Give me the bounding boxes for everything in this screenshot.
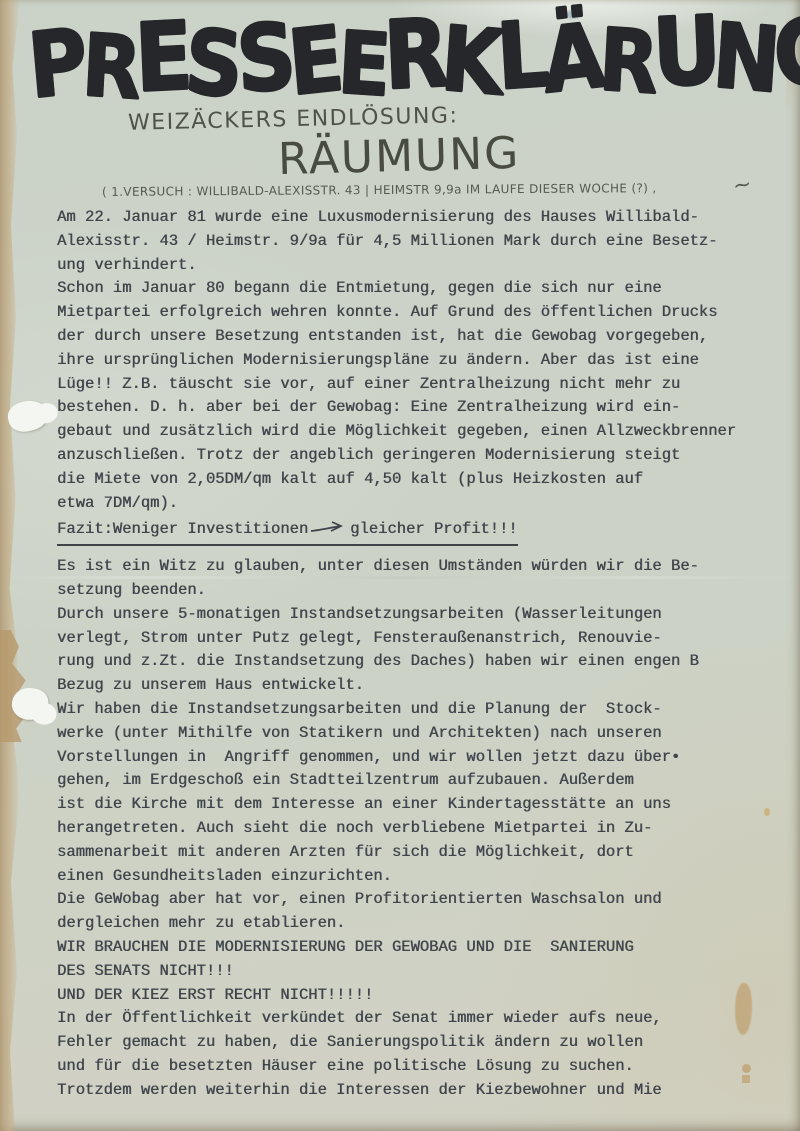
paper-left-edge <box>0 0 20 1131</box>
press-release-page: PRESSEERKLÄRUNG WEIZÄCKERS ENDLÖSUNG: RÄ… <box>0 0 800 1131</box>
text-line: etwa 7DM/qm). <box>57 492 787 516</box>
handwritten-keyword: RÄUMUNG <box>277 128 521 185</box>
text-line: dergleichen mehr zu etablieren. <box>57 912 787 936</box>
tilde-mark: ~ <box>731 172 753 200</box>
paragraph-2: Es ist ein Witz zu glauben, unter diesen… <box>57 555 787 1102</box>
text-line: Mietpartei erfolgreich wehren konnte. Au… <box>57 301 787 325</box>
text-line: verlegt, Strom unter Putz gelegt, Fenste… <box>57 627 787 651</box>
text-line: UND DER KIEZ ERST RECHT NICHT!!!!! <box>57 984 787 1008</box>
text-line: ist die Kirche mit dem Interesse an eine… <box>57 793 787 817</box>
arrow-icon <box>310 519 348 543</box>
text-line: Am 22. Januar 81 wurde eine Luxusmoderni… <box>57 206 787 230</box>
text-line: Vorstellungen in Angriff genommen, und w… <box>57 746 787 770</box>
text-line: Alexisstr. 43 / Heimstr. 9/9a für 4,5 Mi… <box>57 230 787 254</box>
text-line: Durch unsere 5-monatigen Instandsetzungs… <box>57 603 787 627</box>
text-line: die Miete von 2,05DM/qm kalt auf 4,50 ka… <box>57 468 787 492</box>
paragraph-1: Am 22. Januar 81 wurde eine Luxusmoderni… <box>57 206 787 515</box>
text-line: WIR BRAUCHEN DIE MODERNISIERUNG DER GEWO… <box>57 936 787 960</box>
text-line: In der Öffentlichkeit verkündet der Sena… <box>57 1007 787 1031</box>
text-line: gehen, im Erdgeschoß ein Stadtteilzentru… <box>57 769 787 793</box>
text-line: einen Gesundheitsladen einzurichten. <box>57 865 787 889</box>
text-line: ihre ursprünglichen Modernisierungspläne… <box>57 349 787 373</box>
text-line: Fehler gemacht zu haben, die Sanierungsp… <box>57 1031 787 1055</box>
text-line: ung verhindert. <box>57 254 787 278</box>
torn-edge <box>0 630 27 742</box>
text-line: Wir haben die Instandsetzungsarbeiten un… <box>57 698 787 722</box>
text-line: der durch unsere Besetzung entstanden is… <box>57 325 787 349</box>
text-line: DES SENATS NICHT!!! <box>57 960 787 984</box>
text-line: gebaut und zusätzlich wird die Möglichke… <box>57 420 787 444</box>
text-line: Trotzdem werden weiterhin die Interessen… <box>57 1079 787 1103</box>
text-line: sammenarbeit mit anderen Arzten für sich… <box>57 841 787 865</box>
text-line: rung und z.Zt. die Instandsetzung des Da… <box>57 650 787 674</box>
text-line: werke (unter Mithilfe von Statikern und … <box>57 722 787 746</box>
fazit-pre: Fazit:Weniger Investitionen <box>57 520 308 538</box>
page-title: PRESSEERKLÄRUNG <box>28 2 789 114</box>
text-line: Es ist ein Witz zu glauben, unter diesen… <box>57 555 787 579</box>
handwritten-note: ( 1.VERSUCH : WILLIBALD-ALEXISSTR. 43 | … <box>102 181 657 199</box>
punch-hole-top <box>5 397 50 435</box>
typewritten-body: Am 22. Januar 81 wurde eine Luxusmoderni… <box>57 206 787 1102</box>
text-line: Schon im Januar 80 begann die Entmietung… <box>57 277 787 301</box>
text-line: und für die besetzten Häuser eine politi… <box>57 1055 787 1079</box>
text-line: herangetreten. Auch sieht die noch verbl… <box>57 817 787 841</box>
text-line: Die GeWobag aber hat vor, einen Profitor… <box>57 888 787 912</box>
fazit-line: Fazit:Weniger Investitionengleicher Prof… <box>57 518 787 546</box>
fazit-post: gleicher Profit!!! <box>350 520 517 538</box>
text-line: bestehen. D. h. aber bei der Gewobag: Ei… <box>57 396 787 420</box>
text-line: Bezug zu unserem Haus entwickelt. <box>57 674 787 698</box>
text-line: Lüge!! Z.B. täuscht sie vor, auf einer Z… <box>57 373 787 397</box>
text-line: setzung beenden. <box>57 579 787 603</box>
text-line: anzuschließen. Trotz der angeblich gerin… <box>57 444 787 468</box>
